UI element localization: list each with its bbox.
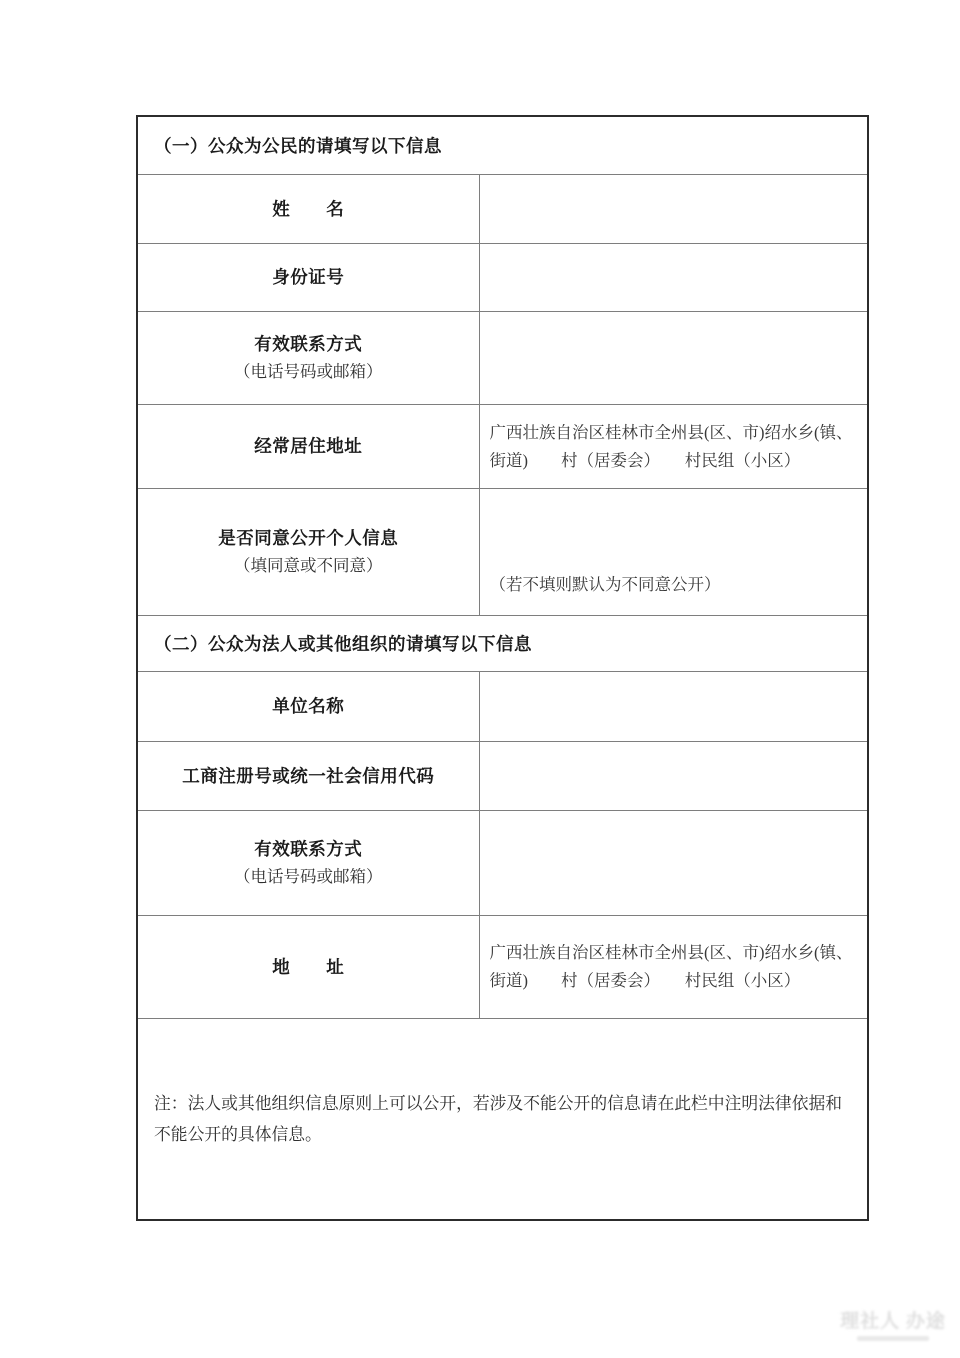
field-value-consent-disclosure: （若不填则默认为不同意公开） — [479, 489, 868, 616]
field-label-id-number: 身份证号 — [137, 244, 479, 312]
table-row: 姓 名 — [137, 175, 868, 244]
field-label-text: 有效联系方式 — [138, 837, 479, 862]
section1-title: （一）公众为公民的请填写以下信息 — [137, 116, 868, 175]
table-row: 地 址 广西壮族自治区桂林市全州县(区、市)绍水乡(镇、街道) 村（居委会） 村… — [137, 916, 868, 1019]
field-sublabel-text: （电话号码或邮箱） — [138, 865, 479, 889]
note-row: 注：法人或其他组织信息原则上可以公开，若涉及不能公开的信息请在此栏中注明法律依据… — [137, 1019, 868, 1221]
field-label-text: 工商注册号或统一社会信用代码 — [138, 764, 479, 789]
section1-header-row: （一）公众为公民的请填写以下信息 — [137, 116, 868, 175]
field-label-text: 地 址 — [138, 955, 479, 980]
application-form-table: （一）公众为公民的请填写以下信息 姓 名 身份证号 有效联系方式 （电话号码 — [136, 115, 869, 1221]
field-value-text: 广西壮族自治区桂林市全州县(区、市)绍水乡(镇、街道) 村（居委会） 村民组（小… — [490, 419, 856, 475]
field-value-text: 广西壮族自治区桂林市全州县(区、市)绍水乡(镇、街道) 村（居委会） 村民组（小… — [490, 939, 856, 995]
table-row: 有效联系方式 （电话号码或邮箱） — [137, 811, 868, 916]
field-value-residence-address: 广西壮族自治区桂林市全州县(区、市)绍水乡(镇、街道) 村（居委会） 村民组（小… — [479, 405, 868, 489]
field-value-contact-citizen — [479, 312, 868, 405]
field-value-org-address: 广西壮族自治区桂林市全州县(区、市)绍水乡(镇、街道) 村（居委会） 村民组（小… — [479, 916, 868, 1019]
field-value-text: （若不填则默认为不同意公开） — [490, 571, 856, 609]
document-page: （一）公众为公民的请填写以下信息 姓 名 身份证号 有效联系方式 （电话号码 — [0, 0, 960, 1358]
field-label-contact-organization: 有效联系方式 （电话号码或邮箱） — [137, 811, 479, 916]
field-label-text: 经常居住地址 — [138, 434, 479, 459]
field-label-text: 有效联系方式 — [138, 332, 479, 357]
field-value-organization-name — [479, 672, 868, 742]
table-row: 经常居住地址 广西壮族自治区桂林市全州县(区、市)绍水乡(镇、街道) 村（居委会… — [137, 405, 868, 489]
field-label-name: 姓 名 — [137, 175, 479, 244]
field-sublabel-text: （填同意或不同意） — [138, 554, 479, 578]
field-label-organization-name: 单位名称 — [137, 672, 479, 742]
field-label-consent-disclosure: 是否同意公开个人信息 （填同意或不同意） — [137, 489, 479, 616]
field-value-credit-code — [479, 742, 868, 811]
field-value-name — [479, 175, 868, 244]
field-label-text: 身份证号 — [138, 265, 479, 290]
section2-title: （二）公众为法人或其他组织的请填写以下信息 — [137, 616, 868, 672]
watermark-tagline-bar — [857, 1336, 929, 1341]
table-row: 单位名称 — [137, 672, 868, 742]
field-label-credit-code: 工商注册号或统一社会信用代码 — [137, 742, 479, 811]
field-label-text: 单位名称 — [138, 694, 479, 719]
table-row: 是否同意公开个人信息 （填同意或不同意） （若不填则默认为不同意公开） — [137, 489, 868, 616]
field-value-id-number — [479, 244, 868, 312]
table-row: 工商注册号或统一社会信用代码 — [137, 742, 868, 811]
field-label-residence-address: 经常居住地址 — [137, 405, 479, 489]
watermark: 理社人 办途 — [838, 1306, 948, 1341]
field-label-text: 是否同意公开个人信息 — [138, 526, 479, 551]
table-row: 身份证号 — [137, 244, 868, 312]
field-sublabel-text: （电话号码或邮箱） — [138, 360, 479, 384]
section2-header-row: （二）公众为法人或其他组织的请填写以下信息 — [137, 616, 868, 672]
note-text: 注：法人或其他组织信息原则上可以公开，若涉及不能公开的信息请在此栏中注明法律依据… — [137, 1019, 868, 1221]
field-label-org-address: 地 址 — [137, 916, 479, 1019]
field-value-contact-organization — [479, 811, 868, 916]
watermark-logo-text: 理社人 办途 — [838, 1306, 948, 1333]
table-row: 有效联系方式 （电话号码或邮箱） — [137, 312, 868, 405]
field-label-contact-citizen: 有效联系方式 （电话号码或邮箱） — [137, 312, 479, 405]
field-label-text: 姓 名 — [138, 197, 479, 222]
